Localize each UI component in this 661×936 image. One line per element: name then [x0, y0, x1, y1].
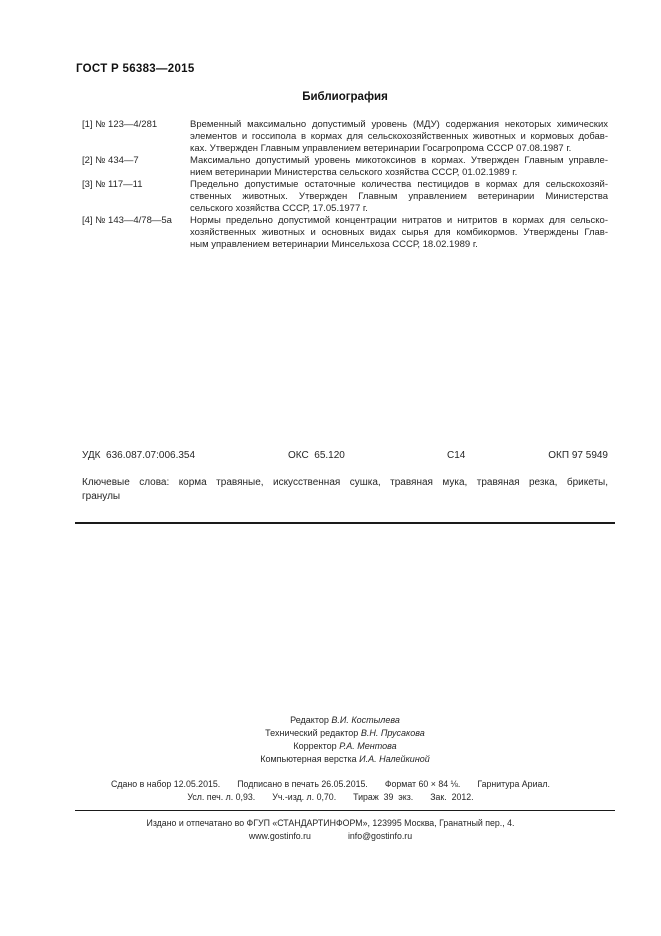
- document-number: ГОСТ Р 56383—2015: [76, 63, 195, 75]
- keywords-line: гранулы: [82, 490, 608, 504]
- oks-code: ОКС 65.120: [288, 450, 345, 461]
- credit-label: Корректор: [293, 741, 336, 751]
- email-address: info@gostinfo.ru: [348, 831, 412, 841]
- entry-text-line: хозяйственных животных и основных видах …: [190, 227, 608, 239]
- entry-text-line: ным управлением ветеринарии Минсельхоза …: [190, 239, 608, 251]
- bibliography-entry: [4] № 143—4/78—5а Нормы предельно допуст…: [82, 215, 608, 251]
- entry-text-line: Временный максимально допустимый уровень…: [190, 119, 608, 131]
- entry-text-line: элементов и госсипола в кормах для сельс…: [190, 131, 608, 143]
- bibliography-entry: [2] № 434—7 Максимально допустимый урове…: [82, 155, 608, 179]
- credit-line: Компьютерная верстка И.А. Налейкиной: [75, 753, 615, 766]
- entry-text: Предельно допустимые остаточные количест…: [190, 179, 608, 215]
- entry-ref: [2] № 434—7: [82, 155, 190, 179]
- imprint-segment: Сдано в набор 12.05.2015.: [111, 779, 220, 789]
- credit-name: И.А. Налейкиной: [359, 754, 430, 764]
- entry-text-line: Предельно допустимые остаточные количест…: [190, 179, 608, 191]
- imprint-segment: Гарнитура Ариал.: [477, 779, 550, 789]
- document-page: ГОСТ Р 56383—2015 Библиография [1] № 123…: [0, 0, 661, 936]
- credit-line: Корректор Р.А. Ментова: [75, 740, 615, 753]
- keywords: Ключевые слова: корма травяные, искусств…: [82, 476, 608, 504]
- keywords-line: Ключевые слова: корма травяные, искусств…: [82, 476, 608, 490]
- credit-line: Технический редактор В.Н. Прусакова: [75, 727, 615, 740]
- entry-text: Максимально допустимый уровень микотокси…: [190, 155, 608, 179]
- okp-code: ОКП 97 5949: [548, 450, 608, 461]
- udk-code: УДК 636.087.07:006.354: [82, 450, 195, 461]
- divider-line-top: [75, 522, 615, 524]
- entry-ref: [1] № 123—4/281: [82, 119, 190, 155]
- credit-label: Редактор: [290, 715, 329, 725]
- imprint-segment: Уч.-изд. л. 0,70.: [272, 792, 336, 802]
- credit-name: Р.А. Ментова: [339, 741, 396, 751]
- entry-ref: [3] № 117—11: [82, 179, 190, 215]
- section-title: Библиография: [75, 91, 615, 103]
- entry-text-line: сельского хозяйства СССР, 17.05.1977 г.: [190, 203, 608, 215]
- entry-text-line: нием ветеринарии Министерства сельского …: [190, 167, 608, 179]
- imprint-line: Сдано в набор 12.05.2015. Подписано в пе…: [0, 779, 661, 789]
- credit-name: В.Н. Прусакова: [361, 728, 425, 738]
- publisher-info: Издано и отпечатано во ФГУП «СТАНДАРТИНФ…: [0, 818, 661, 828]
- entry-text-line: Нормы предельно допустимой концентрации …: [190, 215, 608, 227]
- entry-text-line: Максимально допустимый уровень микотокси…: [190, 155, 608, 167]
- entry-text-line: ственных животных. Утвержден Главным упр…: [190, 191, 608, 203]
- imprint-line: Усл. печ. л. 0,93. Уч.-изд. л. 0,70. Тир…: [0, 792, 661, 802]
- divider-line-bottom: [75, 810, 615, 811]
- bibliography-entry: [1] № 123—4/281 Временный максимально до…: [82, 119, 608, 155]
- imprint-segment: Усл. печ. л. 0,93.: [187, 792, 255, 802]
- classification-row: УДК 636.087.07:006.354 ОКС 65.120 С14 ОК…: [0, 450, 661, 464]
- contact-row: www.gostinfo.ru info@gostinfo.ru: [0, 831, 661, 841]
- imprint-segment: Тираж 39 экз.: [353, 792, 413, 802]
- credit-label: Технический редактор: [265, 728, 358, 738]
- bibliography-list: [1] № 123—4/281 Временный максимально до…: [82, 119, 608, 251]
- class-code: С14: [447, 450, 465, 461]
- entry-text-line: ках. Утвержден Главным управлением ветер…: [190, 143, 608, 155]
- entry-ref: [4] № 143—4/78—5а: [82, 215, 190, 251]
- imprint-segment: Зак. 2012.: [430, 792, 473, 802]
- bibliography-entry: [3] № 117—11 Предельно допустимые остато…: [82, 179, 608, 215]
- credit-name: В.И. Костылева: [331, 715, 399, 725]
- imprint-segment: Подписано в печать 26.05.2015.: [237, 779, 368, 789]
- imprint-segment: Формат 60 × 84 ⅛.: [385, 779, 461, 789]
- entry-text: Нормы предельно допустимой концентрации …: [190, 215, 608, 251]
- entry-text: Временный максимально допустимый уровень…: [190, 119, 608, 155]
- website-url: www.gostinfo.ru: [249, 831, 311, 841]
- credit-line: Редактор В.И. Костылева: [75, 714, 615, 727]
- credit-label: Компьютерная верстка: [260, 754, 356, 764]
- credits-block: Редактор В.И. Костылева Технический реда…: [75, 714, 615, 766]
